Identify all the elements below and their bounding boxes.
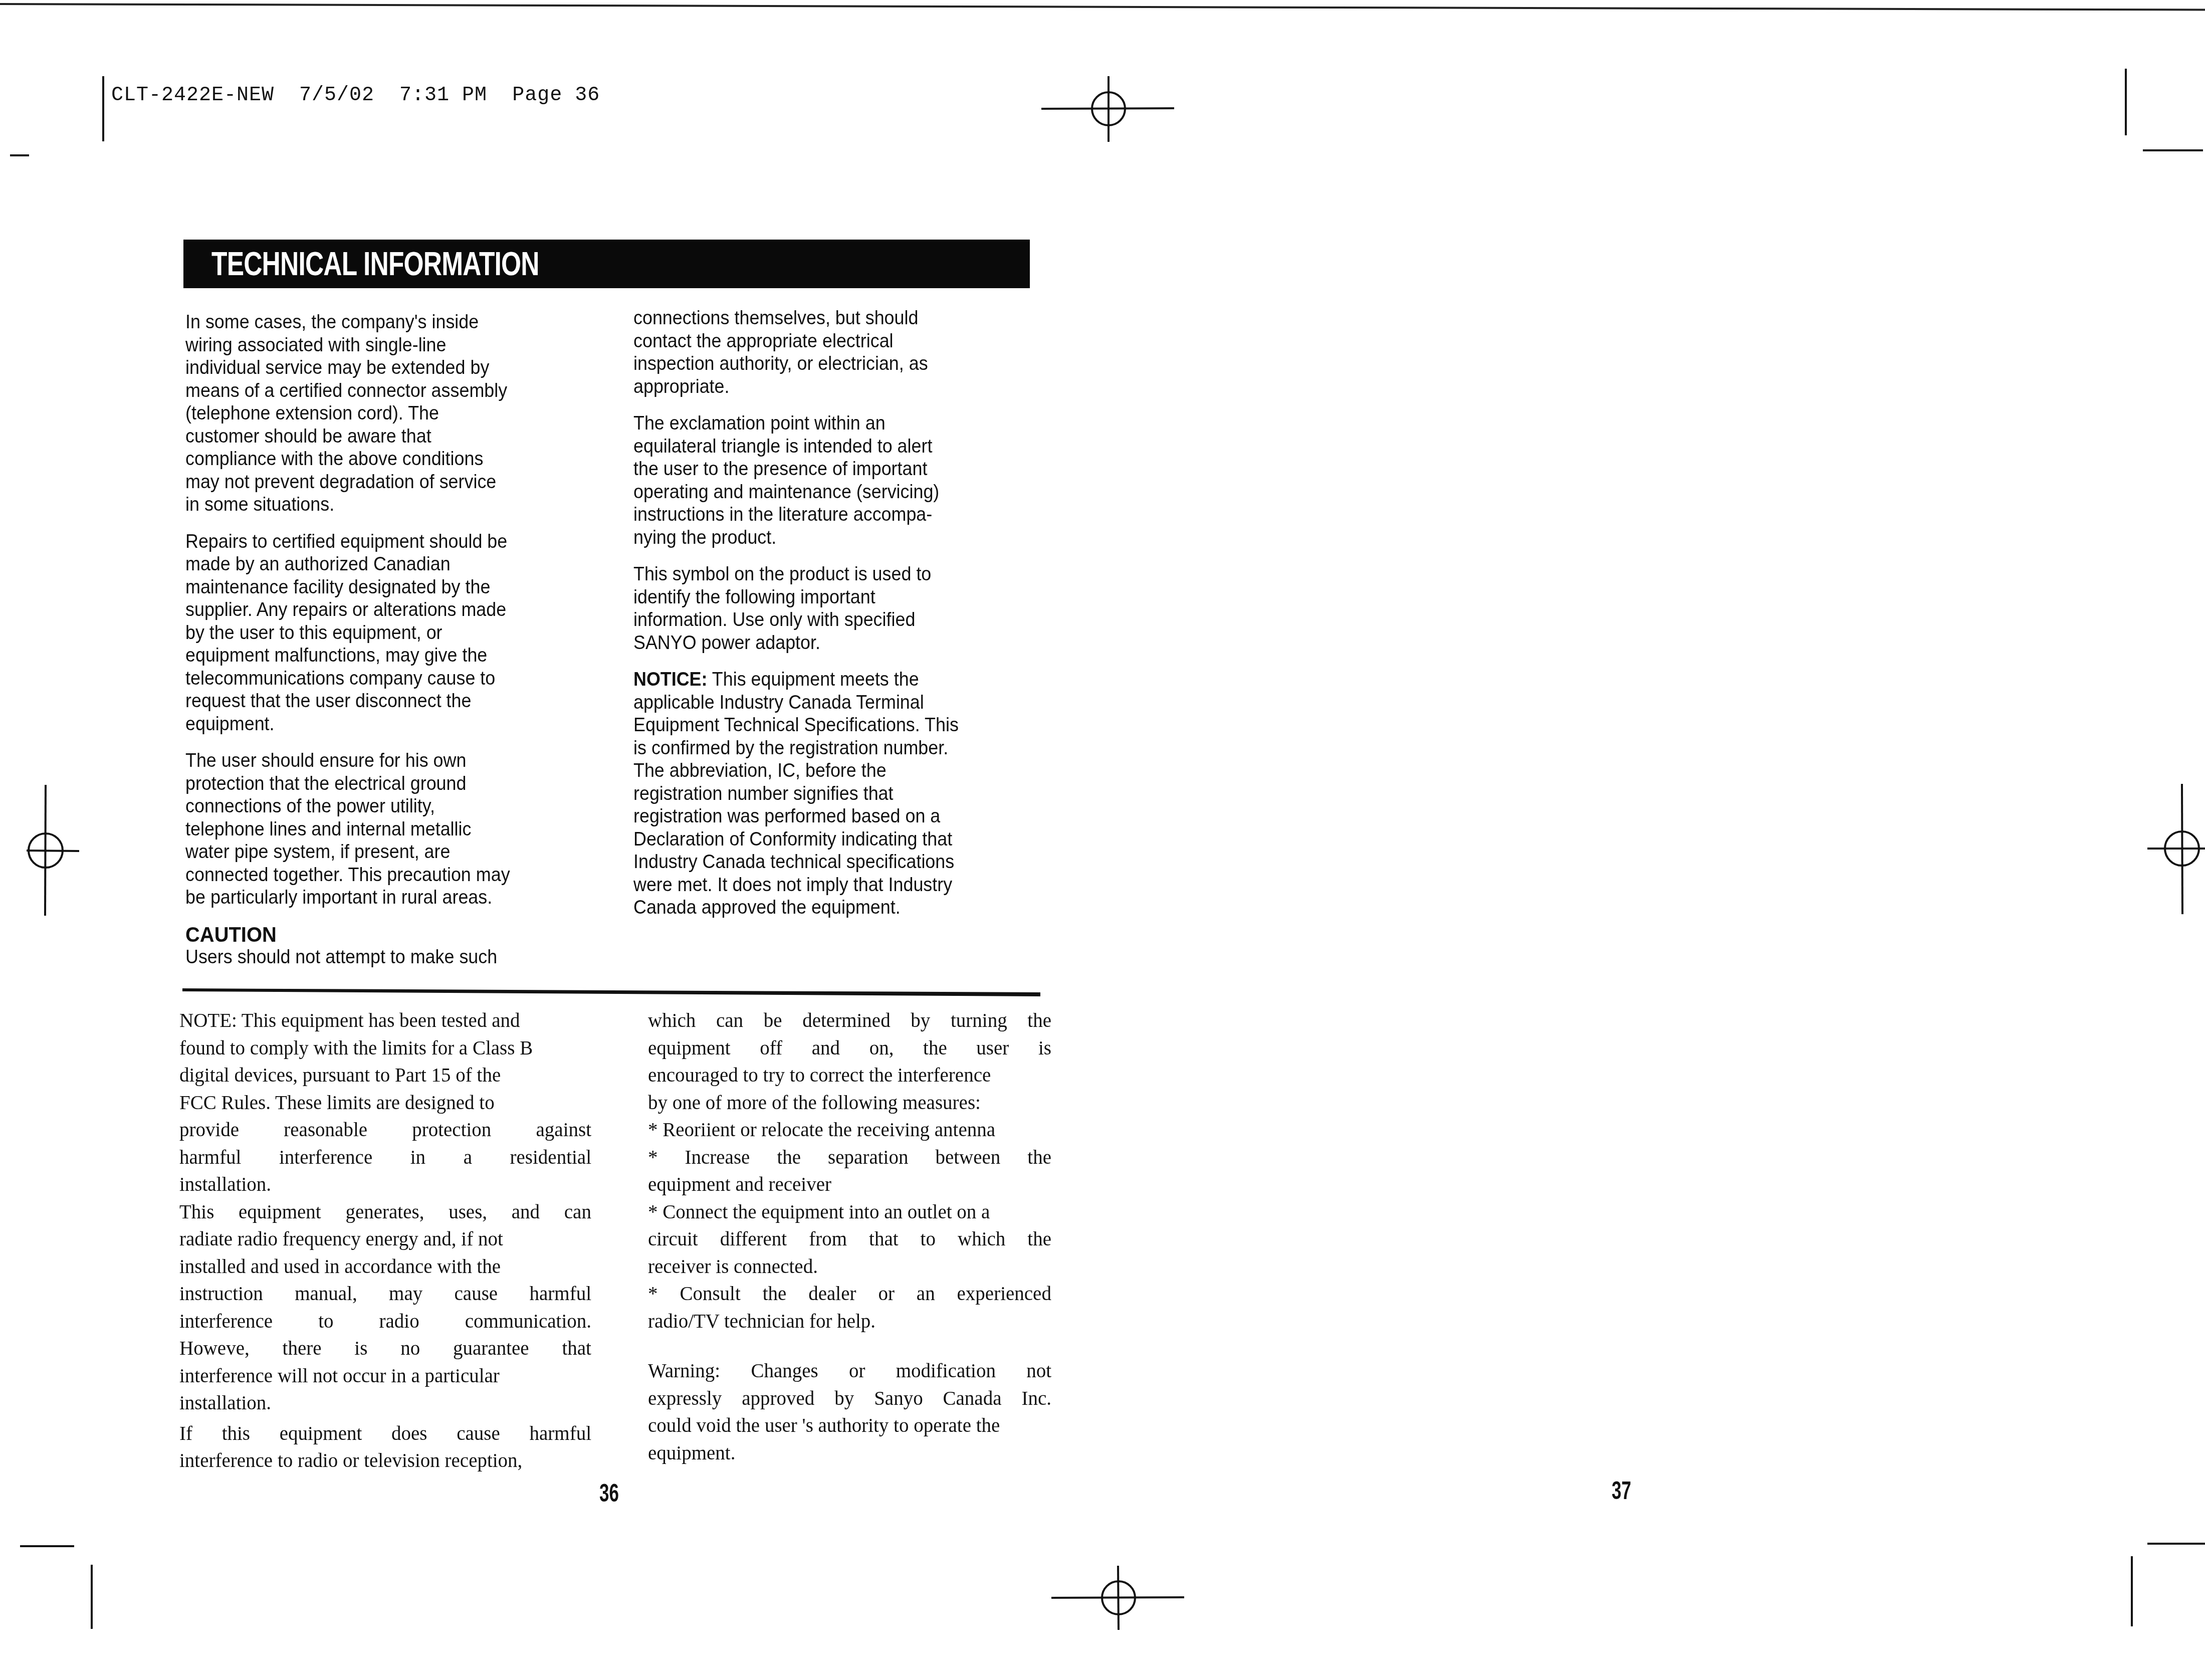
word: the — [923, 1035, 947, 1063]
registration-mark-icon — [1037, 73, 1178, 145]
text-line: interference will not occur in a particu… — [179, 1363, 591, 1390]
word: on, — [869, 1035, 894, 1063]
text-line: information. Use only with specified — [633, 608, 1011, 632]
crop-mark-vertical — [102, 76, 104, 141]
word: residential — [510, 1144, 591, 1172]
word: separation — [828, 1144, 908, 1172]
crop-mark-vertical — [2125, 69, 2127, 135]
crop-mark-vertical — [91, 1565, 93, 1629]
caution-block: CAUTION Users should not attempt to make… — [185, 923, 616, 969]
word: * — [648, 1144, 658, 1172]
word: determined — [802, 1007, 890, 1035]
text-line: could void the user 's authority to oper… — [648, 1412, 1051, 1440]
crop-mark-horizontal — [20, 1545, 74, 1547]
text-line: The exclamation point within an — [633, 412, 1011, 435]
word: is — [1038, 1035, 1051, 1063]
word: reasonable — [284, 1117, 367, 1144]
word: equipment — [280, 1420, 362, 1448]
warning-paragraph: Warning:Changesormodificationnotexpressl… — [648, 1358, 1051, 1467]
word: This — [179, 1199, 214, 1226]
word: that — [562, 1335, 591, 1363]
text-line: connections of the power utility, — [185, 795, 582, 818]
text-line: The user should ensure for his own — [185, 749, 582, 772]
text-line: FCC Rules. These limits are designed to — [179, 1090, 591, 1117]
word: to — [318, 1308, 333, 1336]
paragraph-inside-wiring: In some cases, the company's inside wiri… — [185, 311, 616, 516]
word: Inc. — [1021, 1385, 1051, 1413]
scan-edge-line — [0, 3, 2205, 11]
text-line: individual service may be extended by — [185, 356, 582, 379]
text-line: Howeve,thereisnoguaranteethat — [179, 1335, 591, 1363]
top-right-column: connections themselves, but should conta… — [633, 307, 1044, 933]
paragraph-symbol: This symbol on the product is used to id… — [633, 563, 1044, 654]
text-line: * Reoriient or relocate the receiving an… — [648, 1117, 1051, 1144]
crop-mark-vertical — [2131, 1556, 2133, 1626]
text-line: equipmentoffandon,theuseris — [648, 1035, 1051, 1063]
text-line: compliance with the above conditions — [185, 448, 582, 471]
word: and — [812, 1035, 840, 1063]
caution-heading: CAUTION — [185, 923, 595, 946]
word: the — [1027, 1144, 1051, 1172]
text-line: by one of more of the following measures… — [648, 1090, 1051, 1117]
text-line: instructions in the literature accompa- — [633, 503, 1011, 526]
text-line: harmfulinterferenceinaresidential — [179, 1144, 591, 1172]
text-line: *Consultthedealeroranexperienced — [648, 1281, 1051, 1308]
text-line: identify the following important — [633, 586, 1011, 609]
text-line: were met. It does not imply that Industr… — [633, 874, 1011, 897]
paragraph-notice: NOTICE: This equipment meets the applica… — [633, 668, 1044, 919]
text-line: Ifthisequipmentdoescauseharmful — [179, 1420, 591, 1448]
text-line: Users should not attempt to make such — [185, 946, 582, 969]
text-line: by the user to this equipment, or — [185, 621, 582, 645]
word: in — [410, 1144, 425, 1172]
text-line: installation. — [179, 1390, 591, 1417]
text-line: in some situations. — [185, 493, 582, 516]
word: harmful — [530, 1420, 591, 1448]
word: does — [391, 1420, 427, 1448]
word: to — [921, 1226, 936, 1253]
print-slug: CLT-2422E-NEW 7/5/02 7:31 PM Page 36 — [111, 84, 600, 107]
word: there — [283, 1335, 322, 1363]
fcc-if-paragraph: Ifthisequipmentdoescauseharmfulinterfere… — [179, 1420, 591, 1475]
word: equipment — [648, 1035, 731, 1063]
text-line: protection that the electrical ground — [185, 772, 582, 795]
word: this — [222, 1420, 250, 1448]
text-line: is confirmed by the registration number. — [633, 737, 1011, 760]
bottom-left-column: NOTE: This equipment has been tested and… — [179, 1007, 591, 1475]
word: Consult — [680, 1281, 740, 1308]
word: manual, — [295, 1281, 357, 1308]
section-header-bar: TECHNICAL INFORMATION — [183, 240, 1030, 288]
word: by — [834, 1385, 854, 1413]
text-line: Thisequipmentgenerates,uses,andcan — [179, 1199, 591, 1226]
text-span: This equipment meets the — [708, 669, 919, 690]
word: turning — [951, 1007, 1007, 1035]
text-line: applicable Industry Canada Terminal — [633, 691, 1011, 714]
word: experienced — [957, 1281, 1051, 1308]
paragraph-grounding: The user should ensure for his own prote… — [185, 749, 616, 909]
fcc-measures-paragraph: whichcanbedeterminedbyturningtheequipmen… — [648, 1007, 1051, 1335]
text-line: providereasonableprotectionagainst — [179, 1117, 591, 1144]
text-line: appropriate. — [633, 375, 1011, 398]
word: harmful — [530, 1281, 591, 1308]
registration-mark-icon — [1047, 1563, 1188, 1633]
text-line: means of a certified connector assembly — [185, 379, 582, 402]
word: be — [764, 1007, 782, 1035]
text-line: connected together. This precaution may — [185, 864, 582, 887]
word: dealer — [808, 1281, 856, 1308]
word: an — [917, 1281, 935, 1308]
text-line: telecommunications company cause to — [185, 667, 582, 690]
text-line: In some cases, the company's inside — [185, 311, 582, 334]
word: the — [777, 1144, 801, 1172]
text-line: NOTE: This equipment has been tested and — [179, 1007, 591, 1035]
word: If — [179, 1420, 192, 1448]
paragraph-exclamation-point: The exclamation point within an equilate… — [633, 412, 1044, 549]
text-line: The abbreviation, IC, before the — [633, 759, 1011, 782]
word: Howeve, — [179, 1335, 250, 1363]
text-line: may not prevent degradation of service — [185, 471, 582, 494]
word: Increase — [685, 1144, 750, 1172]
text-line: whichcanbedeterminedbyturningthe — [648, 1007, 1051, 1035]
text-line: maintenance facility designated by the — [185, 576, 582, 599]
text-line: This symbol on the product is used to — [633, 563, 1011, 586]
word: Canada — [943, 1385, 1002, 1413]
word: approved — [742, 1385, 814, 1413]
word: cause — [457, 1420, 500, 1448]
text-line: digital devices, pursuant to Part 15 of … — [179, 1062, 591, 1090]
text-line: made by an authorized Canadian — [185, 553, 582, 576]
word: between — [935, 1144, 1000, 1172]
crop-mark-horizontal — [2147, 1543, 2205, 1545]
text-line: be particularly important in rural areas… — [185, 886, 582, 909]
text-line: nying the product. — [633, 526, 1011, 549]
word: can — [716, 1007, 743, 1035]
word: Warning: — [648, 1358, 720, 1385]
text-line: telephone lines and internal metallic — [185, 818, 582, 841]
word: may — [389, 1281, 422, 1308]
text-line: equipment and receiver — [648, 1171, 1051, 1199]
word: interference — [179, 1308, 273, 1336]
section-title: TECHNICAL INFORMATION — [211, 245, 539, 283]
word: communication. — [465, 1308, 591, 1336]
word: user — [976, 1035, 1009, 1063]
word: no — [400, 1335, 420, 1363]
text-line: NOTICE: This equipment meets the — [633, 668, 1011, 691]
word: against — [536, 1117, 591, 1144]
text-line: supplier. Any repairs or alterations mad… — [185, 598, 582, 621]
text-line: contact the appropriate electrical — [633, 330, 1011, 353]
text-line: registration was performed based on a — [633, 805, 1011, 828]
text-line: wiring associated with single-line — [185, 334, 582, 357]
word: the — [1027, 1007, 1051, 1035]
word: interference — [279, 1144, 372, 1172]
word: Sanyo — [874, 1385, 923, 1413]
word: guarantee — [453, 1335, 529, 1363]
word: * — [648, 1281, 658, 1308]
word: generates, — [345, 1199, 424, 1226]
crop-mark-horizontal — [2143, 149, 2203, 151]
text-line: circuitdifferentfromthattowhichthe — [648, 1226, 1051, 1253]
text-line: customer should be aware that — [185, 425, 582, 448]
word: the — [763, 1281, 787, 1308]
text-line: inspection authority, or electrician, as — [633, 352, 1011, 375]
text-line: Repairs to certified equipment should be — [185, 530, 582, 553]
page-number-left: 36 — [599, 1479, 619, 1508]
word: not — [1026, 1358, 1051, 1385]
paragraph-repairs: Repairs to certified equipment should be… — [185, 530, 616, 736]
word: off — [760, 1035, 782, 1063]
text-line: found to comply with the limits for a Cl… — [179, 1035, 591, 1063]
text-line: connections themselves, but should — [633, 307, 1011, 330]
text-line: operating and maintenance (servicing) — [633, 481, 1011, 504]
word: instruction — [179, 1281, 263, 1308]
text-line: installed and used in accordance with th… — [179, 1253, 591, 1281]
word: circuit — [648, 1226, 698, 1253]
word: provide — [179, 1117, 239, 1144]
word: uses, — [449, 1199, 487, 1226]
text-line: Industry Canada technical specifications — [633, 851, 1011, 874]
word: Changes — [751, 1358, 818, 1385]
word: the — [1027, 1226, 1051, 1253]
text-line: installation. — [179, 1171, 591, 1199]
word: protection — [412, 1117, 491, 1144]
text-line: interferencetoradiocommunication. — [179, 1308, 591, 1336]
section-divider — [182, 988, 1040, 996]
word: which — [648, 1007, 696, 1035]
text-line: *Increasetheseparationbetweenthe — [648, 1144, 1051, 1172]
word: can — [564, 1199, 591, 1226]
registration-mark-icon — [23, 782, 83, 920]
text-line: equipment. — [648, 1440, 1051, 1467]
text-line: SANYO power adaptor. — [633, 632, 1011, 655]
text-line: radio/TV technician for help. — [648, 1308, 1051, 1336]
text-line: radiate radio frequency energy and, if n… — [179, 1226, 591, 1253]
word: and — [512, 1199, 540, 1226]
word: radio — [379, 1308, 419, 1336]
notice-label: NOTICE: — [633, 669, 708, 690]
word: that — [869, 1226, 898, 1253]
word: different — [720, 1226, 787, 1253]
text-line: instructionmanual,maycauseharmful — [179, 1281, 591, 1308]
fcc-note-paragraph: NOTE: This equipment has been tested and… — [179, 1007, 591, 1199]
text-line: Canada approved the equipment. — [633, 896, 1011, 919]
text-line: registration number signifies that — [633, 782, 1011, 805]
text-line: equilateral triangle is intended to aler… — [633, 435, 1011, 458]
word: equipment — [239, 1199, 321, 1226]
text-line: request that the user disconnect the — [185, 690, 582, 713]
text-line: Equipment Technical Specifications. This — [633, 714, 1011, 737]
word: is — [354, 1335, 367, 1363]
word: or — [878, 1281, 895, 1308]
text-line: equipment. — [185, 713, 582, 736]
text-line: (telephone extension cord). The — [185, 402, 582, 425]
fcc-generates-paragraph: Thisequipmentgenerates,uses,andcanradiat… — [179, 1199, 591, 1417]
text-line: Warning:Changesormodificationnot — [648, 1358, 1051, 1385]
word: by — [911, 1007, 930, 1035]
word: harmful — [179, 1144, 241, 1172]
text-line: * Connect the equipment into an outlet o… — [648, 1199, 1051, 1226]
text-line: Declaration of Conformity indicating tha… — [633, 828, 1011, 851]
text-line: equipment malfunctions, may give the — [185, 644, 582, 667]
top-left-column: In some cases, the company's inside wiri… — [185, 311, 616, 969]
text-line: the user to the presence of important — [633, 458, 1011, 481]
paragraph-connections: connections themselves, but should conta… — [633, 307, 1044, 398]
text-line: expresslyapprovedbySanyoCanadaInc. — [648, 1385, 1051, 1413]
crop-mark-horizontal — [10, 154, 29, 156]
word: from — [809, 1226, 847, 1253]
text-line: encouraged to try to correct the interfe… — [648, 1062, 1051, 1090]
word: modification — [896, 1358, 996, 1385]
registration-mark-icon — [2145, 781, 2205, 919]
word: which — [958, 1226, 1005, 1253]
text-line: receiver is connected. — [648, 1253, 1051, 1281]
word: a — [464, 1144, 472, 1172]
text-line: water pipe system, if present, are — [185, 841, 582, 864]
text-line: interference to radio or television rece… — [179, 1447, 591, 1475]
word: cause — [455, 1281, 498, 1308]
page-number-right: 37 — [1612, 1476, 1631, 1505]
word: or — [849, 1358, 865, 1385]
bottom-right-column: whichcanbedeterminedbyturningtheequipmen… — [648, 1007, 1051, 1467]
word: expressly — [648, 1385, 722, 1413]
